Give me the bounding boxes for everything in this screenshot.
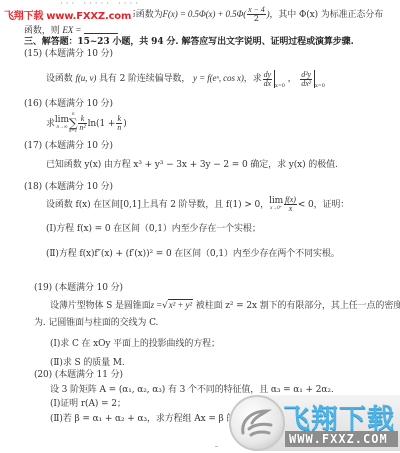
q18-frac-den: x xyxy=(284,205,297,213)
q19-body: 设薄片型物体 S 是圆锥面z =√x² + y² 被柱面 z² = 2x 割下的… xyxy=(50,300,400,312)
sqrt-symbol: √ xyxy=(162,301,168,311)
q15-mid: 具有 2 阶连续偏导数， xyxy=(99,74,190,84)
exam-page: · · · · · · · · · · · · 分布函数为F(x) = 0.5Φ… xyxy=(0,0,400,453)
watermark-bottom-url: WWW.FXXZ.COM xyxy=(289,432,388,446)
q14-cdf-formula: F(x) = 0.5Φ(x) + 0.5Φ( xyxy=(163,9,247,19)
q19-part2: (Ⅱ)求 S 的质量 M. xyxy=(50,358,125,369)
q14-frac-den: 2 xyxy=(247,15,265,23)
q19-body-line2: 为. 记圆锥面与柱面的交线为 C. xyxy=(34,318,158,329)
q18-header: (18) (本题满分 10 分) xyxy=(24,182,113,193)
q15-ask: ，求 xyxy=(244,74,262,84)
q16-prefix: 求 xyxy=(46,119,55,129)
q17-header: (17) (本题满分 10 分) xyxy=(24,141,113,152)
watermark-top: 飞翔下载www.FXXZ.com xyxy=(4,7,133,22)
q15-d1-at: x=0 xyxy=(275,83,285,89)
q18-part1: (Ⅰ)方程 f(x) = 0 在区间（0,1）内至少存在一个实根； xyxy=(46,224,261,235)
q15-f: f(u, v) xyxy=(75,73,96,83)
q15-d1-den: dx xyxy=(263,80,272,88)
q16-sum-bot: k=1 xyxy=(69,129,77,135)
q15-d2-den: dx² xyxy=(300,80,312,88)
q16-sum: n∑k=1 xyxy=(69,112,77,135)
q15-header: (15) (本题满分 10 分) xyxy=(24,49,113,60)
q14-ex: EX = xyxy=(62,25,81,35)
q19-z-eq: z = xyxy=(151,300,163,310)
q16-body: 求limn→∞n∑k=1kn²ln(1 +kn) xyxy=(46,112,127,135)
watermark-top-cn: 飞翔下载 xyxy=(4,11,43,22)
section3-heading: 三、解答题：15~23 小题，共 94 分. 解答应写出文字说明、证明过程或演算… xyxy=(24,37,354,48)
stray-mark xyxy=(215,446,218,447)
q18-limit: limx→0⁺ xyxy=(269,197,283,213)
q18-suffix: < 0，证明： xyxy=(298,200,349,210)
q16-f2-den: n xyxy=(116,124,122,132)
q15-body: 设函数 f(u, v) 具有 2 阶连续偏导数， y = f(eˣ, cos x… xyxy=(46,68,325,96)
q19-part1: (Ⅰ)求 C 在 xOy 平面上的投影曲线的方程； xyxy=(50,339,220,350)
q16-lim: lim xyxy=(55,116,69,124)
q14-fraction: x − 42 xyxy=(247,6,265,23)
q19-header: (19) (本题满分 10 分) xyxy=(34,283,123,294)
q16-lim-sub: n→∞ xyxy=(55,124,69,132)
q15-d2y-dx2: d²ydx² xyxy=(299,70,315,88)
watermark-bottom: 飞翔下载 WWW.FXXZ.COM xyxy=(229,395,400,451)
q20-part1: (Ⅰ)证明 r(A) = 2； xyxy=(50,399,126,410)
feixiang-logo-icon xyxy=(229,395,285,451)
q14-suffix: ，其中 Φ(x) 为标准正态分布 xyxy=(270,10,384,20)
q16-close: ) xyxy=(123,119,126,129)
q15-dy-dx: dydx xyxy=(262,70,275,88)
q16-header: (16) (本题满分 10 分) xyxy=(24,99,113,110)
q14-answer-blank xyxy=(84,25,118,34)
q19-mid: 被柱面 z² = 2x 割下的有限部分，其上任一点的密度 xyxy=(196,301,400,311)
q20-header: (20) (本题满分 11 分) xyxy=(34,370,123,381)
q16-limit: limn→∞ xyxy=(55,116,69,132)
sigma-symbol: ∑ xyxy=(69,118,77,129)
q18-body: 设函数 f(x) 在区间[0,1]上具有 2 阶导数，且 f(1) > 0，li… xyxy=(46,194,349,216)
q18-lim-sub: x→0⁺ xyxy=(269,205,283,213)
q15-prefix: 设函数 xyxy=(46,74,73,84)
q20-part2: (Ⅱ)若 β = α₁ + α₂ + α₃，求方程组 Ax = β 的通 xyxy=(50,414,244,425)
q18-part2: (Ⅱ)方程 f(x)f″(x) + (f′(x))² = 0 在区间（0,1）内… xyxy=(46,249,340,260)
q14-answer-line: 函数，则 EX = xyxy=(24,25,118,37)
q15-eq: y = f(eˣ, cos x) xyxy=(193,73,244,83)
q19-prefix: 设薄片型物体 S 是圆锥面 xyxy=(50,301,151,311)
q17-body: 已知函数 y(x) 由方程 x³ + y³ − 3x + 3y − 2 = 0 … xyxy=(46,160,338,171)
q18-lim: lim xyxy=(269,197,283,205)
q15-sep: ， xyxy=(288,74,297,84)
q15-d2-at: x=0 xyxy=(315,83,325,89)
q19-sqrt-inner: x² + y² xyxy=(168,299,193,310)
q14-formula-line: 分布函数为F(x) = 0.5Φ(x) + 0.5Φ(x − 42)，其中 Φ(… xyxy=(118,6,383,23)
q16-f1-den: n² xyxy=(78,124,86,132)
watermark-top-url: www.FXXZ.com xyxy=(46,11,131,22)
q14-line2-prefix: 函数，则 xyxy=(24,26,60,36)
q16-ln: ln(1 + xyxy=(88,119,116,129)
q18-prefix: 设函数 f(x) 在区间[0,1]上具有 2 阶导数，且 f(1) > 0， xyxy=(46,200,269,210)
